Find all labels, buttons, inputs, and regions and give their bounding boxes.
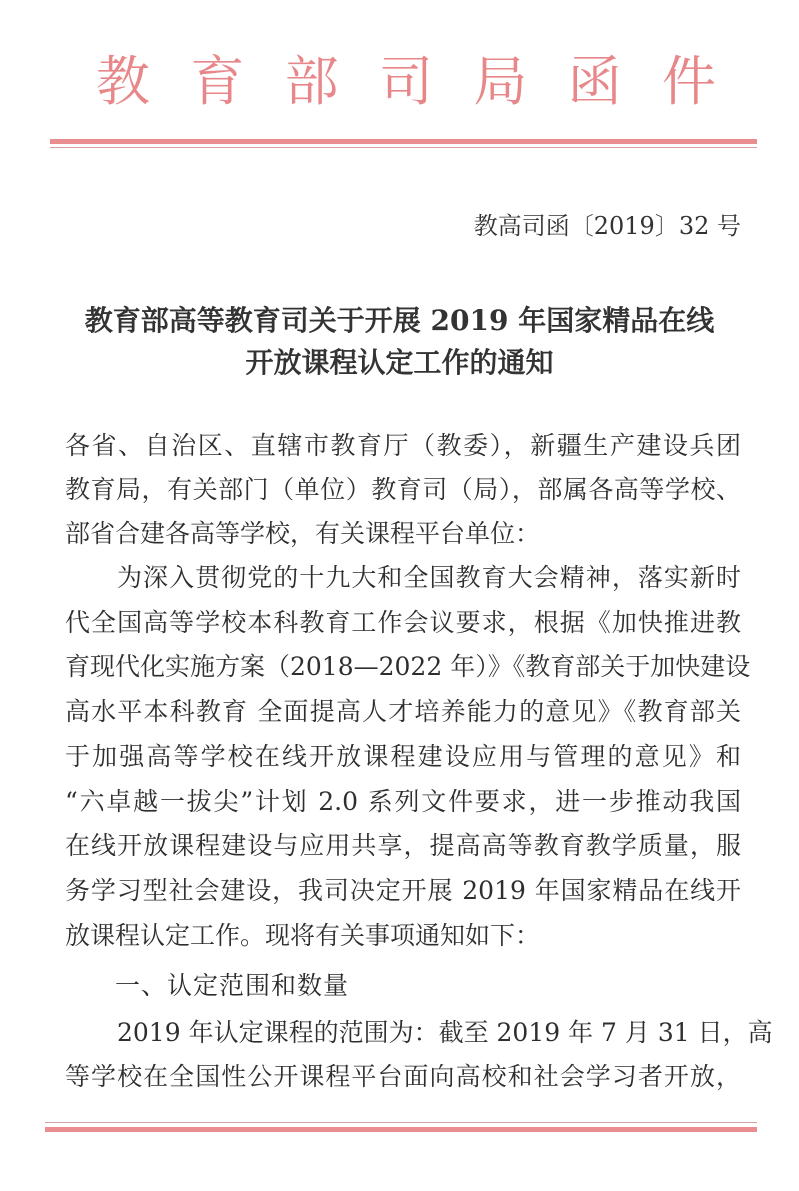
document-title-line-2: 开放课程认定工作的通知 bbox=[0, 343, 799, 383]
footer-rule-thick bbox=[45, 1127, 757, 1132]
body-line: “六卓越一拔尖”计划 2.0 系列文件要求，进一步推动我国 bbox=[65, 787, 741, 817]
letterhead-char: 司 bbox=[379, 50, 433, 114]
letterhead-rule-thick bbox=[50, 139, 757, 144]
letterhead-char: 部 bbox=[285, 50, 339, 114]
body-line: 等学校在全国性公开课程平台面向高校和社会学习者开放， bbox=[65, 1062, 741, 1092]
letterhead-char: 函 bbox=[568, 50, 622, 114]
addressee-line: 部省合建各高等学校，有关课程平台单位： bbox=[65, 519, 741, 549]
letterhead-char: 育 bbox=[190, 50, 244, 114]
document-title-line-1: 教育部高等教育司关于开展 2019 年国家精品在线 bbox=[0, 301, 799, 341]
letterhead-char: 局 bbox=[473, 50, 527, 114]
body-line: 育现代化实施方案（2018—2022 年）》《教育部关于加快建设 bbox=[65, 652, 741, 682]
body-line: 高水平本科教育 全面提高人才培养能力的意见》《教育部关 bbox=[65, 697, 741, 727]
body-line: 放课程认定工作。现将有关事项通知如下： bbox=[65, 921, 741, 951]
letterhead-rule-thin bbox=[50, 147, 757, 148]
section-heading: 一、认定范围和数量 bbox=[115, 970, 349, 1002]
letterhead-char: 教 bbox=[96, 50, 150, 114]
letterhead-title: 教 育 部 司 局 函 件 bbox=[96, 50, 716, 114]
body-line: 在线开放课程建设与应用共享，提高高等教育教学质量，服 bbox=[65, 831, 741, 861]
footer-rule-thin bbox=[45, 1122, 757, 1123]
addressee-line: 各省、自治区、直辖市教育厅（教委），新疆生产建设兵团 bbox=[65, 431, 741, 461]
document-number: 教高司函〔2019〕32 号 bbox=[474, 210, 741, 242]
letterhead-char: 件 bbox=[662, 50, 716, 114]
body-line: 2019 年认定课程的范围为：截至 2019 年 7 月 31 日，高 bbox=[117, 1018, 741, 1048]
body-line: 为深入贯彻党的十九大和全国教育大会精神，落实新时 bbox=[117, 563, 741, 593]
body-line: 于加强高等学校在线开放课程建设应用与管理的意见》和 bbox=[65, 742, 741, 772]
addressee-line: 教育局，有关部门（单位）教育司（局），部属各高等学校、 bbox=[65, 475, 741, 505]
body-line: 代全国高等学校本科教育工作会议要求，根据《加快推进教 bbox=[65, 608, 741, 638]
body-line: 务学习型社会建设，我司决定开展 2019 年国家精品在线开 bbox=[65, 876, 741, 906]
